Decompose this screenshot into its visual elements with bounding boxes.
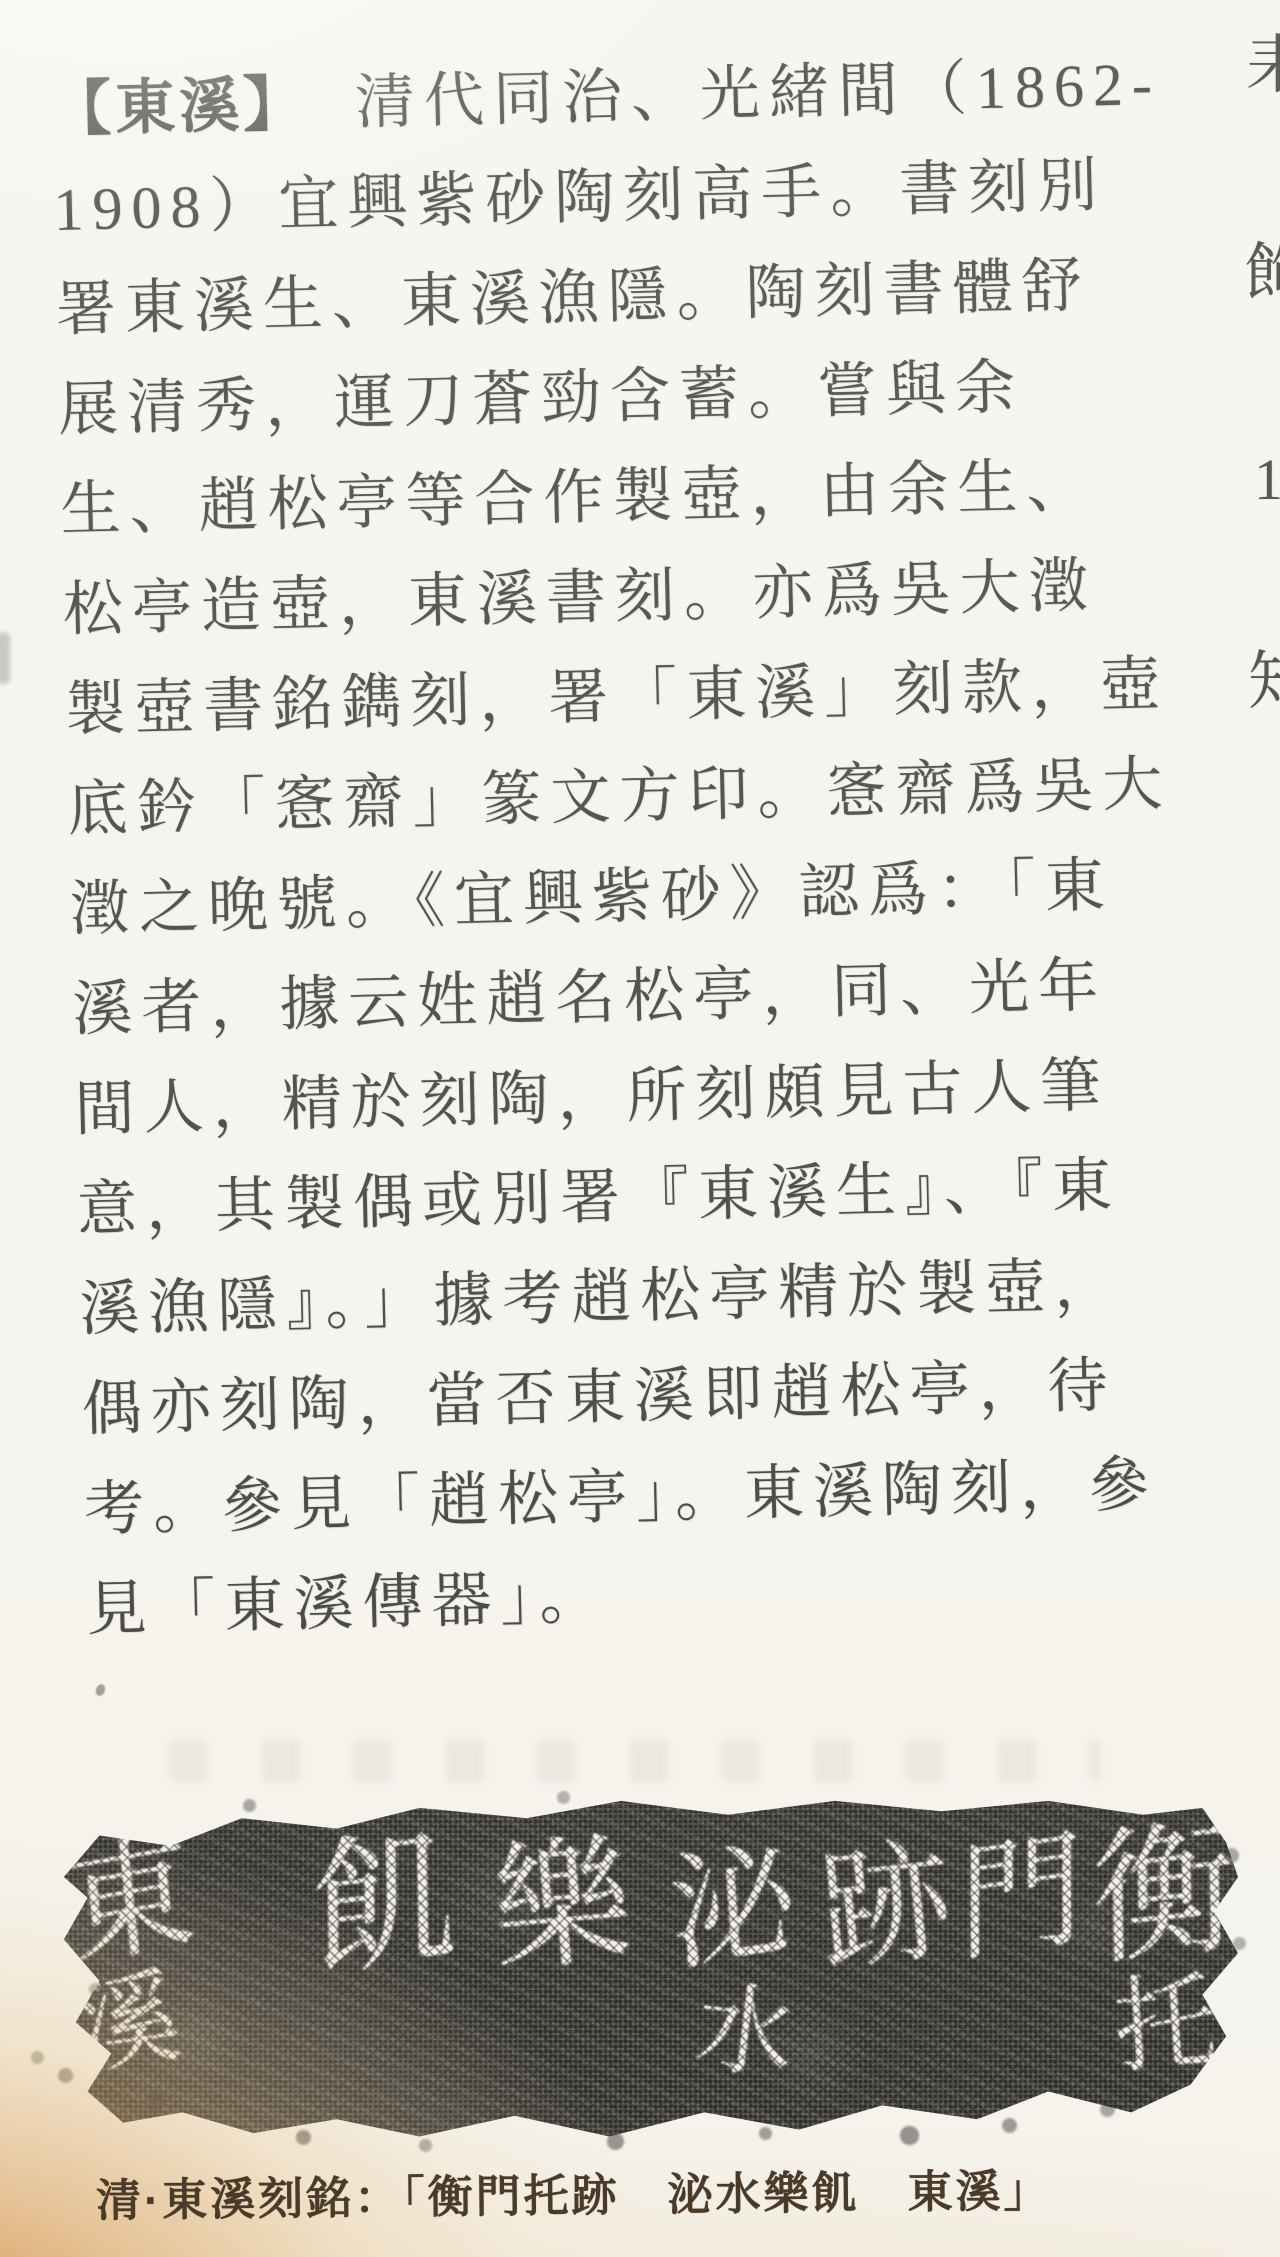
inscription-rubbing-image: 衡 門 托 跡 泌 水 樂 飢 東 溪 (52, 1794, 1238, 2140)
book-page-photo: 【東溪】清代同治、光緒間（1862- 1908）宜興紫砂陶刻高手。書刻別 署東溪… (0, 0, 1280, 2257)
rubbing-char-men: 門 (959, 1827, 1084, 1972)
adjacent-column-fragment: 知 (1248, 630, 1280, 722)
adjacent-column-fragment: 1 (1254, 446, 1280, 513)
rubbing-char-heng: 衡 (1091, 1814, 1239, 1976)
rubbing-char-le: 樂 (486, 1832, 638, 1984)
ink-dot-artifact (94, 1683, 107, 1697)
rubbing-char-xi: 溪 (69, 1965, 186, 2082)
rubbing-char-mi: 泌 (666, 1836, 799, 1982)
figure-caption: 清·東溪刻銘：「衡門托跡 泌水樂飢 東溪」 (96, 2152, 1257, 2229)
entry-line-1-text: 清代同治、光緒間（1862- (354, 51, 1161, 136)
rubbing-char-jia: 飢 (309, 1823, 458, 1990)
adjacent-column-fragment: 飾 (1244, 222, 1280, 314)
entry-headword: 【東溪】 (50, 71, 307, 143)
rubbing-char-dong: 東 (60, 1827, 199, 1977)
rubbing-char-tuo: 托 (1110, 1970, 1221, 2081)
adjacent-column-fragment: 耒 (1246, 14, 1280, 106)
photo-edge-mark (0, 632, 10, 684)
show-through-smudge (170, 1740, 1100, 1782)
rubbing-char-ji: 跡 (813, 1835, 958, 1980)
rubbing-char-shui: 水 (690, 1978, 799, 2087)
entry-text-block: 【東溪】清代同治、光緒間（1862- 1908）宜興紫砂陶刻高手。書刻別 署東溪… (50, 34, 1277, 1662)
rubbing-edge-speckles (0, 0, 7, 7)
